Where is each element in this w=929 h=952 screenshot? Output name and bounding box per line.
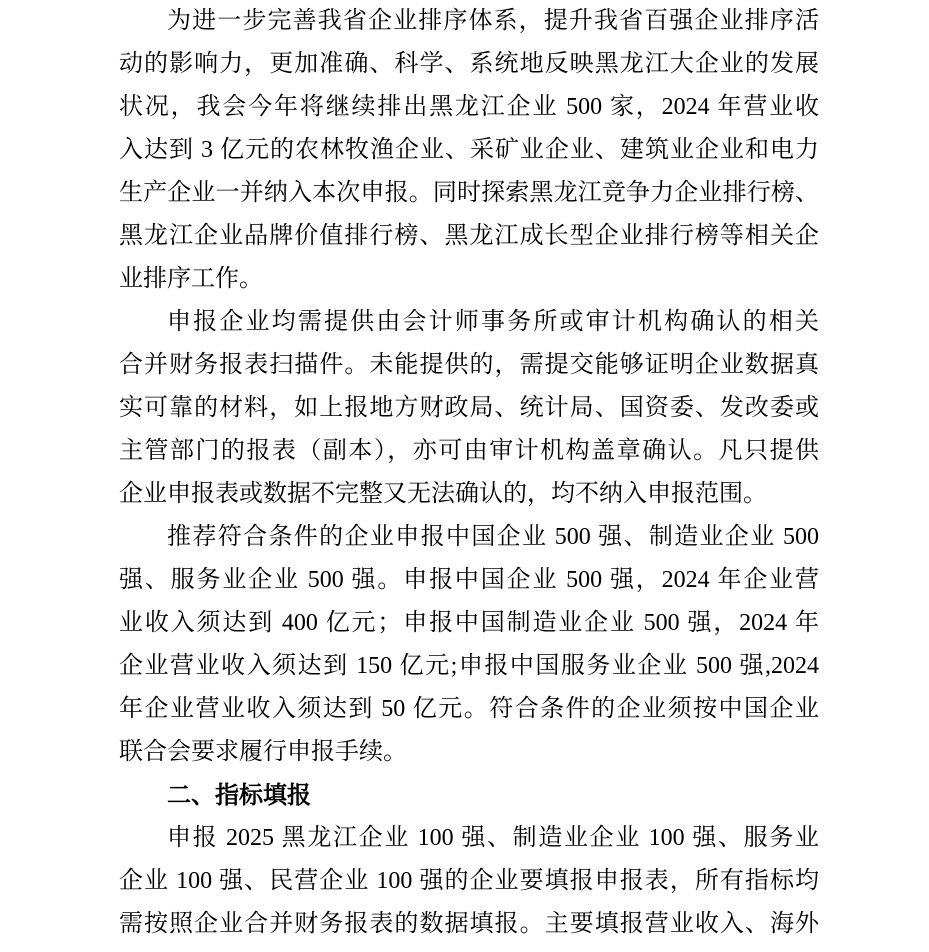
- text-line: 申报企业均需提供由会计师事务所或审计机构确认的相关: [119, 301, 819, 344]
- text-line: 动的影响力，更加准确、科学、系统地反映黑龙江大企业的发展: [119, 43, 819, 86]
- text-line: 推荐符合条件的企业申报中国企业 500 强、制造业企业 500: [119, 516, 819, 559]
- text-line: 企业 100 强、民营企业 100 强的企业要填报申报表，所有指标均: [119, 860, 819, 903]
- text-line: 联合会要求履行申报手续。: [119, 731, 819, 774]
- text-line: 需按照企业合并财务报表的数据填报。主要填报营业收入、海外: [119, 903, 819, 946]
- text-line: 合并财务报表扫描件。未能提供的，需提交能够证明企业数据真: [119, 344, 819, 387]
- text-line: 业排序工作。: [119, 258, 819, 301]
- text-block: 为进一步完善我省企业排序体系，提升我省百强企业排序活动的影响力，更加准确、科学、…: [119, 0, 819, 946]
- text-line: 入达到 3 亿元的农林牧渔企业、采矿业企业、建筑业企业和电力: [119, 129, 819, 172]
- text-line: 业收入须达到 400 亿元；申报中国制造业企业 500 强，2024 年: [119, 602, 819, 645]
- text-line: 企业营业收入须达到 150 亿元;申报中国服务业企业 500 强,2024: [119, 645, 819, 688]
- text-line: 实可靠的材料，如上报地方财政局、统计局、国资委、发改委或: [119, 387, 819, 430]
- paragraph: 推荐符合条件的企业申报中国企业 500 强、制造业企业 500强、服务业企业 5…: [119, 516, 819, 774]
- text-line: 生产企业一并纳入本次申报。同时探索黑龙江竞争力企业排行榜、: [119, 172, 819, 215]
- text-line: 强、服务业企业 500 强。申报中国企业 500 强，2024 年企业营: [119, 559, 819, 602]
- section-heading: 二、指标填报: [119, 774, 819, 817]
- text-line: 黑龙江企业品牌价值排行榜、黑龙江成长型企业排行榜等相关企: [119, 215, 819, 258]
- text-line: 状况，我会今年将继续排出黑龙江企业 500 家，2024 年营业收: [119, 86, 819, 129]
- paragraph: 申报企业均需提供由会计师事务所或审计机构确认的相关合并财务报表扫描件。未能提供的…: [119, 301, 819, 516]
- text-line: 申报 2025 黑龙江企业 100 强、制造业企业 100 强、服务业: [119, 817, 819, 860]
- paragraph: 申报 2025 黑龙江企业 100 强、制造业企业 100 强、服务业企业 10…: [119, 817, 819, 946]
- text-line: 为进一步完善我省企业排序体系，提升我省百强企业排序活: [119, 0, 819, 43]
- text-line: 年企业营业收入须达到 50 亿元。符合条件的企业须按中国企业: [119, 688, 819, 731]
- text-line: 二、指标填报: [119, 774, 819, 817]
- text-line: 企业申报表或数据不完整又无法确认的，均不纳入申报范围。: [119, 473, 819, 516]
- document-page: 为进一步完善我省企业排序体系，提升我省百强企业排序活动的影响力，更加准确、科学、…: [0, 0, 929, 952]
- text-line: 主管部门的报表（副本），亦可由审计机构盖章确认。凡只提供: [119, 430, 819, 473]
- paragraph: 为进一步完善我省企业排序体系，提升我省百强企业排序活动的影响力，更加准确、科学、…: [119, 0, 819, 301]
